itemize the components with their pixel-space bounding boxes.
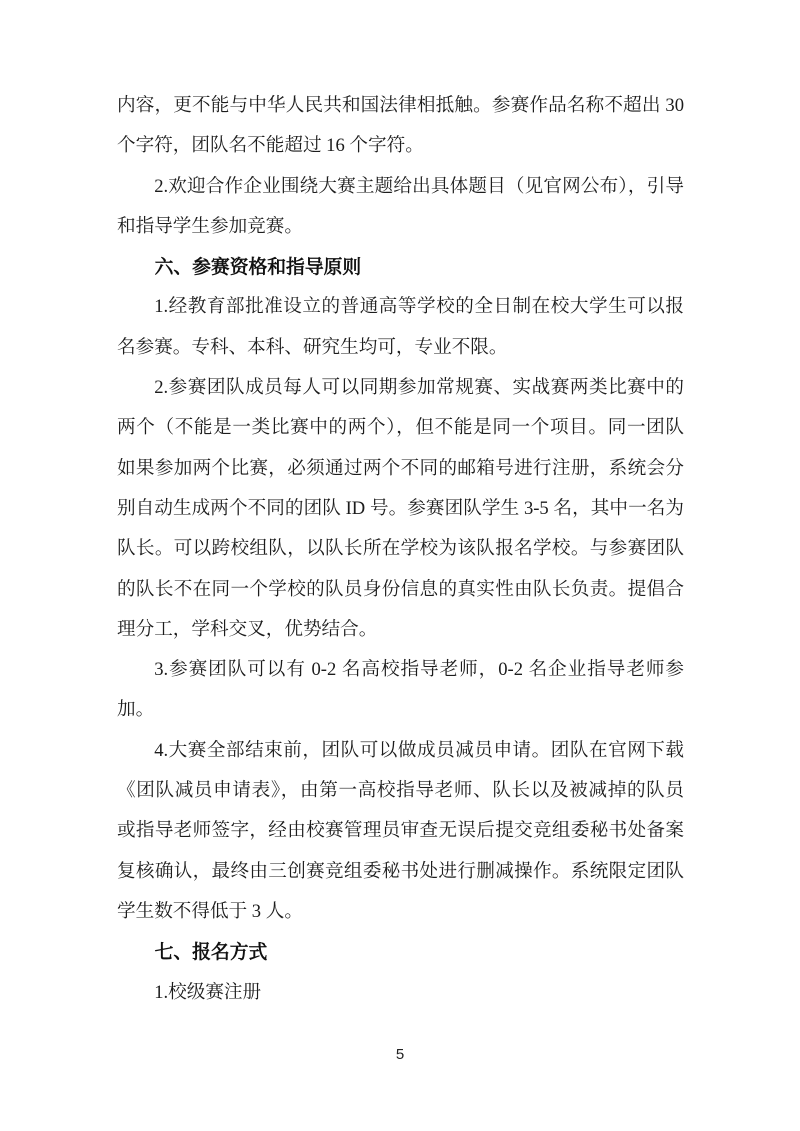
paragraph: 2.参赛团队成员每人可以同期参加常规赛、实战赛两类比赛中的两个（不能是一类比赛中… bbox=[117, 368, 684, 650]
paragraph: 1.校级赛注册 bbox=[117, 973, 684, 1013]
paragraph: 内容，更不能与中华人民共和国法律相抵触。参赛作品名称不超出 30 个字符，团队名… bbox=[117, 86, 684, 167]
document-body: 内容，更不能与中华人民共和国法律相抵触。参赛作品名称不超出 30 个字符，团队名… bbox=[117, 86, 684, 1013]
section-heading: 七、报名方式 bbox=[117, 932, 684, 972]
paragraph: 4.大赛全部结束前，团队可以做成员减员申请。团队在官网下载《团队减员申请表》，由… bbox=[117, 731, 684, 932]
document-page: 内容，更不能与中华人民共和国法律相抵触。参赛作品名称不超出 30 个字符，团队名… bbox=[0, 0, 800, 1131]
paragraph: 1.经教育部批准设立的普通高等学校的全日制在校大学生可以报名参赛。专科、本科、研… bbox=[117, 287, 684, 368]
section-heading: 六、参赛资格和指导原则 bbox=[117, 247, 684, 287]
page-number: 5 bbox=[0, 1045, 800, 1065]
paragraph: 3.参赛团队可以有 0-2 名高校指导老师，0-2 名企业指导老师参加。 bbox=[117, 650, 684, 731]
paragraph: 2.欢迎合作企业围绕大赛主题给出具体题目（见官网公布），引导和指导学生参加竞赛。 bbox=[117, 167, 684, 248]
